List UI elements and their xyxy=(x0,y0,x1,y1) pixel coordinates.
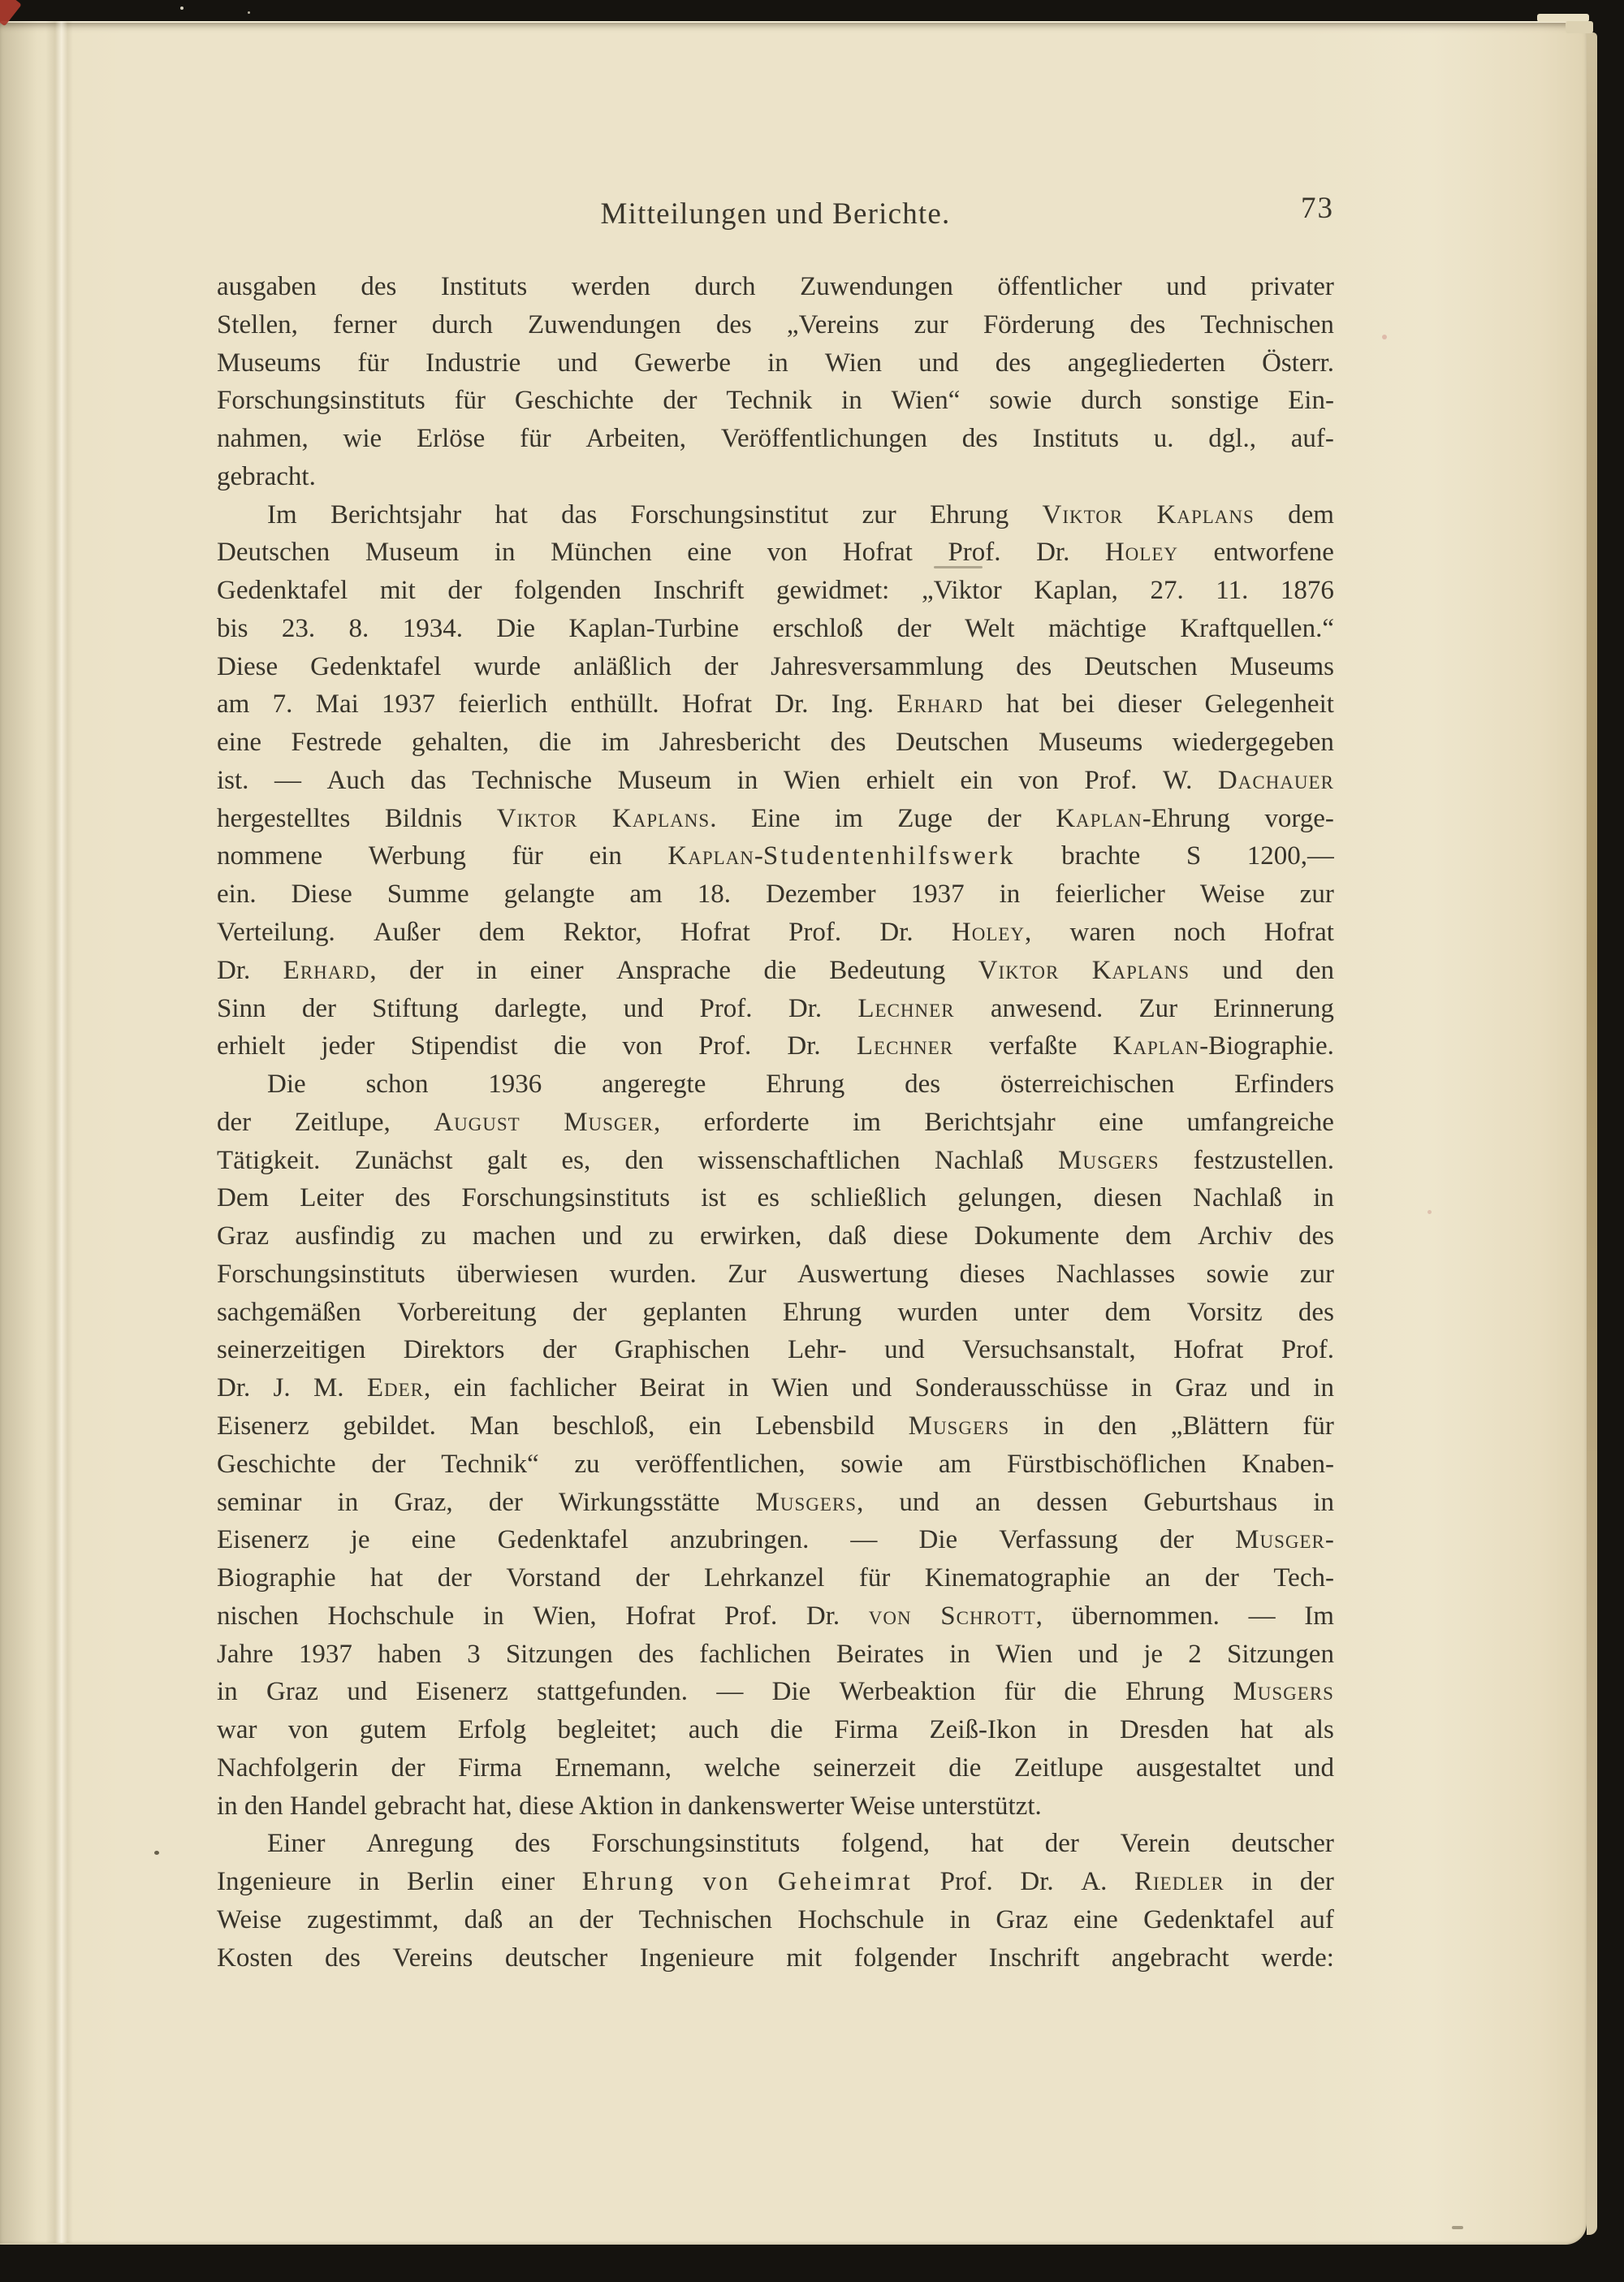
page-number: 73 xyxy=(1301,189,1334,228)
word: Jahre xyxy=(217,1636,274,1674)
word: Musgers xyxy=(1058,1142,1160,1180)
text-line: in den Handel gebracht hat, diese Aktion… xyxy=(217,1787,1334,1826)
word: Dr. xyxy=(1020,1863,1053,1901)
word: in xyxy=(1000,875,1021,914)
word: die xyxy=(554,1027,586,1065)
word: Dr. xyxy=(1036,534,1069,572)
word: in xyxy=(217,1673,238,1711)
word: 1934. xyxy=(403,610,463,648)
word: Knaben- xyxy=(1242,1446,1334,1484)
word: erforderte xyxy=(704,1104,810,1142)
word: Technik“ xyxy=(441,1446,538,1484)
word: schon xyxy=(365,1065,428,1104)
word: sonstige xyxy=(1171,382,1259,420)
word: der xyxy=(1300,1863,1334,1901)
word: für xyxy=(455,382,486,420)
word: 1200,— xyxy=(1247,837,1334,875)
word: Beirates xyxy=(836,1636,924,1674)
text-line: Forschungsinstitutsüberwiesenwurden.ZurA… xyxy=(217,1256,1334,1294)
word: wurde xyxy=(473,648,540,686)
word: Forschungsinstituts xyxy=(217,1256,425,1294)
word: Prof. xyxy=(1084,762,1137,800)
word: Zeitlupe xyxy=(1014,1749,1104,1787)
word: einer xyxy=(501,1863,555,1901)
word: Stellen, xyxy=(217,306,298,344)
word: und xyxy=(852,1369,892,1407)
word: Musger- xyxy=(1235,1521,1334,1559)
word: Direktors xyxy=(404,1331,505,1369)
word: den xyxy=(624,1142,663,1180)
word: mit xyxy=(786,1939,822,1977)
word: Graz xyxy=(1175,1369,1227,1407)
word: in xyxy=(1313,1369,1334,1407)
word: je xyxy=(351,1521,370,1559)
word: Zur xyxy=(1138,990,1177,1028)
word: Zunächst xyxy=(355,1142,453,1180)
word: der xyxy=(635,1559,669,1597)
word: gehalten, xyxy=(412,724,509,762)
word: wurden. xyxy=(610,1256,697,1294)
word: an xyxy=(975,1484,1000,1522)
text-line: sachgemäßenVorbereitungdergeplantenEhrun… xyxy=(217,1294,1334,1332)
word: Graz xyxy=(996,1901,1047,1939)
word: Holey, xyxy=(952,914,1031,952)
word: Zur xyxy=(728,1256,767,1294)
word: Deutschen xyxy=(217,534,330,572)
text-segment: gebracht. xyxy=(217,462,316,491)
word: Wien xyxy=(825,344,882,382)
word: deutscher xyxy=(1231,1825,1333,1863)
text-line: DieseGedenktafelwurdeanläßlichderJahresv… xyxy=(217,648,1334,686)
word: Prof. xyxy=(699,990,752,1028)
word: Diese xyxy=(292,875,352,914)
word: umfangreiche xyxy=(1187,1104,1334,1142)
word: Ingenieure xyxy=(217,1863,331,1901)
word: von xyxy=(288,1711,329,1749)
word: anläßlich xyxy=(573,648,672,686)
word: in xyxy=(1313,1484,1334,1522)
word: angebracht xyxy=(1112,1939,1229,1977)
word: Dresden xyxy=(1120,1711,1209,1749)
word: die xyxy=(1064,1673,1096,1711)
word: für xyxy=(520,420,551,458)
word: Nachlaß xyxy=(935,1142,1024,1180)
word: Prof. xyxy=(948,534,1000,572)
word: und xyxy=(918,344,959,382)
word: in xyxy=(841,382,862,420)
page-stack-edge xyxy=(1566,21,1593,33)
word: Ein- xyxy=(1288,382,1334,420)
word: Geschichte xyxy=(217,1446,336,1484)
word: und xyxy=(347,1673,387,1711)
word: Vereins xyxy=(392,1939,473,1977)
word: feierlich xyxy=(458,685,547,724)
word: — xyxy=(716,1673,743,1711)
word: erwirken, xyxy=(700,1217,802,1256)
word: Nachlasses xyxy=(1056,1256,1176,1294)
word: schließlich xyxy=(810,1179,926,1217)
word: Instituts xyxy=(1033,420,1119,458)
word: in xyxy=(477,952,498,990)
word: unter xyxy=(1014,1294,1069,1332)
word: Viktor xyxy=(978,952,1060,990)
word: ausgaben xyxy=(217,268,317,306)
word: Kinematographie xyxy=(925,1559,1111,1597)
word: die xyxy=(770,1711,802,1749)
word: Erfolg xyxy=(458,1711,526,1749)
word: dem xyxy=(479,914,525,952)
word: des xyxy=(716,306,752,344)
word: fachlichen xyxy=(699,1636,810,1674)
word: gebildet. xyxy=(343,1407,436,1446)
word: Deutschen xyxy=(896,724,1009,762)
word: dem xyxy=(1125,1217,1172,1256)
word: je xyxy=(1143,1636,1163,1674)
word: „Blättern xyxy=(1171,1407,1269,1446)
word: für xyxy=(357,344,388,382)
word: Lehr- xyxy=(788,1331,847,1369)
word: Hofrat xyxy=(625,1597,695,1636)
word: eine xyxy=(1099,1104,1143,1142)
word: zur xyxy=(1300,875,1334,914)
word: Ehrung xyxy=(930,496,1009,534)
word: Dr. xyxy=(787,1027,820,1065)
word: Berichtsjahr xyxy=(330,496,461,534)
word: der xyxy=(489,1484,523,1522)
word: u. xyxy=(1154,420,1174,458)
word: der xyxy=(987,800,1021,838)
word: in xyxy=(338,1484,359,1522)
word: des xyxy=(638,1636,674,1674)
text-line: Stellen,fernerdurchZuwendungendes„Verein… xyxy=(217,306,1334,344)
word: Hofrat xyxy=(682,685,752,724)
word: Gedenktafel xyxy=(498,1521,628,1559)
word: Viktor xyxy=(497,800,578,838)
word: es, xyxy=(562,1142,591,1180)
word: Gedenktafel xyxy=(1143,1901,1274,1939)
word: und xyxy=(1078,1636,1118,1674)
word: Diese xyxy=(217,648,278,686)
word: Zeitlupe, xyxy=(295,1104,391,1142)
word: sachgemäßen xyxy=(217,1294,361,1332)
word: im xyxy=(835,800,863,838)
word: sowie xyxy=(1207,1256,1269,1294)
word: waren xyxy=(1070,914,1136,952)
text-line: erhieltjederStipendistdievonProf.Dr.Lech… xyxy=(217,1027,1334,1065)
word: mit xyxy=(380,572,416,610)
word: Verteilung. xyxy=(217,914,335,952)
word: Die xyxy=(772,1673,811,1711)
word: Museums xyxy=(1039,724,1142,762)
text-line: BiographiehatderVorstandderLehrkanzelfür… xyxy=(217,1559,1334,1597)
word: das xyxy=(411,762,447,800)
word: Eine xyxy=(751,800,800,838)
word: Bedeutung xyxy=(829,952,945,990)
word: Weise xyxy=(1200,875,1265,914)
text-line: Eisenerzgebildet.Manbeschloß,einLebensbi… xyxy=(217,1407,1334,1446)
word: im xyxy=(601,724,629,762)
word: dieser xyxy=(1117,685,1181,724)
word: „Viktor xyxy=(922,572,1002,610)
word: Die xyxy=(496,610,535,648)
word: Kraftquellen.“ xyxy=(1180,610,1334,648)
word: 27. xyxy=(1150,572,1183,610)
text-line: Jahre1937haben3SitzungendesfachlichenBei… xyxy=(217,1636,1334,1674)
word: Veröffentlichungen xyxy=(721,420,927,458)
word: und xyxy=(624,990,664,1028)
text-line: Tätigkeit.Zunächstgaltes,denwissenschaft… xyxy=(217,1142,1334,1180)
word: Ansprache xyxy=(616,952,731,990)
word: Leiter xyxy=(300,1179,364,1217)
word: in xyxy=(949,1636,970,1674)
word: Ingenieure xyxy=(640,1939,754,1977)
word: deutscher xyxy=(505,1939,607,1977)
word: zu xyxy=(574,1446,599,1484)
word: Lehrkanzel xyxy=(704,1559,824,1597)
text-line: Dr.Erhard,derineinerAnsprachedieBedeutun… xyxy=(217,952,1334,990)
word: Holey xyxy=(1105,534,1178,572)
ink-artifact xyxy=(1452,2226,1463,2229)
word: Hofrat xyxy=(1173,1331,1243,1369)
word: nommene xyxy=(217,837,322,875)
word: galt xyxy=(487,1142,527,1180)
word: anzubringen. xyxy=(670,1521,809,1559)
text-line: gebracht. xyxy=(217,458,1334,496)
word: Berichtsjahr xyxy=(924,1104,1055,1142)
word: Prof. xyxy=(1281,1331,1334,1369)
word: ausfindig xyxy=(295,1217,395,1256)
word: Prof. xyxy=(940,1863,993,1901)
word: werde: xyxy=(1261,1939,1334,1977)
word: Musgers xyxy=(909,1407,1010,1446)
text-line: eineFestredegehalten,dieimJahresberichtd… xyxy=(217,724,1334,762)
word: Erhard, xyxy=(283,952,377,990)
word: in xyxy=(728,1369,749,1407)
word: Ernemann, xyxy=(555,1749,672,1787)
word: Dr. xyxy=(788,990,822,1028)
word: Einer xyxy=(267,1825,325,1863)
word: Museum xyxy=(618,762,712,800)
word: Im xyxy=(267,496,297,534)
word: A. xyxy=(1081,1863,1107,1901)
word: Wirkungsstätte xyxy=(559,1484,719,1522)
word: die xyxy=(538,724,571,762)
word: Inschrift xyxy=(989,1939,1080,1977)
word: hat xyxy=(971,1825,1004,1863)
text-line: Dieschon1936angeregteEhrungdesösterreich… xyxy=(217,1065,1334,1104)
word: des xyxy=(1129,306,1165,344)
word: fachlicher xyxy=(509,1369,616,1407)
word: Vorbereitung xyxy=(397,1294,537,1332)
word: von xyxy=(869,1597,912,1636)
word: Dr. xyxy=(775,685,808,724)
word: Sitzungen xyxy=(506,1636,613,1674)
word: Werbeaktion xyxy=(840,1673,976,1711)
word: Werbung xyxy=(369,837,466,875)
word: Nachlaß xyxy=(1193,1179,1282,1217)
text-line: ausgabendesInstitutswerdendurchZuwendung… xyxy=(217,268,1334,306)
word: Hochschule xyxy=(797,1901,924,1939)
word: jeder xyxy=(322,1027,375,1065)
word: Forschungsinstituts xyxy=(592,1825,801,1863)
word: 1937 xyxy=(911,875,965,914)
word: Nachfolgerin xyxy=(217,1749,358,1787)
word: Ehrung xyxy=(766,1065,844,1104)
word: Graz, xyxy=(394,1484,452,1522)
word: diesen xyxy=(1094,1179,1162,1217)
word: auch xyxy=(689,1711,739,1749)
text-line: ein.DieseSummegelangteam18.Dezember1937i… xyxy=(217,875,1334,914)
word: Bildnis xyxy=(385,800,462,838)
word: Dr. xyxy=(879,914,913,952)
word: S xyxy=(1186,837,1201,875)
word: Industrie xyxy=(425,344,520,382)
text-line: Grazausfindigzumachenundzuerwirken,daßdi… xyxy=(217,1217,1334,1256)
word: und xyxy=(1166,268,1207,306)
word: Firma xyxy=(458,1749,522,1787)
word: angegliederten xyxy=(1068,344,1225,382)
text-segment: in den Handel gebracht hat, diese Aktion… xyxy=(217,1791,1042,1821)
word: Auswertung xyxy=(797,1256,928,1294)
word: der xyxy=(572,1294,607,1332)
word: des xyxy=(361,268,396,306)
word: darlegte, xyxy=(495,990,588,1028)
word: war xyxy=(217,1711,257,1749)
word: Hochschule xyxy=(327,1597,454,1636)
word: gelungen, xyxy=(957,1179,1062,1217)
word: der xyxy=(302,990,336,1028)
word: Fürstbischöflichen xyxy=(1007,1446,1207,1484)
word: Anregung xyxy=(366,1825,473,1863)
word: wiedergegeben xyxy=(1173,724,1334,762)
word: Man xyxy=(470,1407,520,1446)
word: Die xyxy=(918,1521,957,1559)
text-line: ist.—AuchdasTechnischeMuseuminWienerhiel… xyxy=(217,762,1334,800)
word: in xyxy=(1043,1407,1065,1446)
word: und xyxy=(1222,952,1263,990)
word: des xyxy=(996,344,1031,382)
word: bei xyxy=(1062,685,1095,724)
word: Deutschen xyxy=(1084,648,1197,686)
word: in xyxy=(495,534,516,572)
word: und xyxy=(884,1331,925,1369)
word: folgend, xyxy=(841,1825,930,1863)
word: der xyxy=(897,610,931,648)
text-line: inGrazundEisenerzstattgefunden.—DieWerbe… xyxy=(217,1673,1334,1711)
word: Hofrat xyxy=(843,534,913,572)
word: von xyxy=(767,534,808,572)
word: Eisenerz xyxy=(416,1673,508,1711)
word: hat xyxy=(495,496,528,534)
word: dem xyxy=(1288,496,1334,534)
word: Technische xyxy=(472,762,592,800)
word: 3 xyxy=(467,1636,481,1674)
word: Erinnerung xyxy=(1213,990,1333,1028)
word: Technischen xyxy=(639,1901,772,1939)
word: Kaplan-Studentenhilfswerk xyxy=(667,837,1015,875)
word: seinerzeitigen xyxy=(217,1331,365,1369)
word: Tätigkeit. xyxy=(217,1142,320,1180)
word: Festrede xyxy=(292,724,382,762)
word: haben xyxy=(378,1636,442,1674)
word: wissenschaftlichen xyxy=(698,1142,900,1180)
word: Zuwendungen xyxy=(800,268,953,306)
text-line: DeutschenMuseuminMüncheneinevonHofratPro… xyxy=(217,534,1334,572)
word: daß xyxy=(464,1901,503,1939)
word: Zuwendungen xyxy=(528,306,681,344)
word: Dem xyxy=(217,1179,269,1217)
word: Riedler xyxy=(1134,1863,1224,1901)
word: erhielt xyxy=(217,1027,285,1065)
word: den xyxy=(1295,952,1334,990)
word: Kaplan-Turbine xyxy=(568,610,739,648)
word: Weise xyxy=(217,1901,282,1939)
word: des xyxy=(325,1939,361,1977)
word: veröffentlichen, xyxy=(635,1446,805,1484)
word: des xyxy=(515,1825,551,1863)
word: Wien xyxy=(996,1636,1052,1674)
word: geplanten xyxy=(642,1294,746,1332)
text-line: GeschichtederTechnik“zuveröffentlichen,s… xyxy=(217,1446,1334,1484)
text-line: warvongutemErfolgbegleitet;auchdieFirmaZ… xyxy=(217,1711,1334,1749)
word: Hofrat xyxy=(1264,914,1334,952)
word: Ehrung xyxy=(1125,1673,1204,1711)
word: Zuge xyxy=(897,800,952,838)
word: am xyxy=(939,1446,971,1484)
word: machen xyxy=(473,1217,556,1256)
word: stattgefunden. xyxy=(537,1673,688,1711)
word: sowie xyxy=(840,1446,903,1484)
word: ferner xyxy=(333,306,397,344)
word: verfaßte xyxy=(989,1027,1077,1065)
word: 11. xyxy=(1216,572,1248,610)
word: und xyxy=(557,344,598,382)
paper-speck xyxy=(1427,1210,1432,1214)
text-block: ausgabendesInstitutswerdendurchZuwendung… xyxy=(217,268,1334,1977)
gutter-crease xyxy=(45,21,73,2243)
word: gewidmet: xyxy=(776,572,889,610)
word: Musger, xyxy=(564,1104,660,1142)
word: Graz xyxy=(266,1673,318,1711)
word: Wien, xyxy=(533,1597,596,1636)
word: Graz xyxy=(217,1217,269,1256)
paper-speck xyxy=(1382,335,1387,339)
word: ein xyxy=(454,1369,486,1407)
word: in xyxy=(767,344,788,382)
text-line: SinnderStiftungdarlegte,undProf.Dr.Lechn… xyxy=(217,990,1334,1028)
word: Schrott, xyxy=(940,1597,1043,1636)
word: für xyxy=(1302,1407,1333,1446)
word: Wien xyxy=(784,762,840,800)
word: Viktor xyxy=(1043,496,1124,534)
word: ein xyxy=(689,1407,721,1446)
word: an xyxy=(529,1901,554,1939)
word: Gewerbe xyxy=(634,344,731,382)
word: 23. xyxy=(282,610,315,648)
word: der xyxy=(438,1559,472,1597)
word: Forschungsinstituts xyxy=(217,382,425,420)
word: Prof. xyxy=(788,914,841,952)
word: feierlicher xyxy=(1055,875,1165,914)
word: Arbeiten, xyxy=(585,420,686,458)
word: und xyxy=(582,1217,623,1256)
text-line: Weisezugestimmt,daßanderTechnischenHochs… xyxy=(217,1901,1334,1939)
word: 1937 xyxy=(382,685,435,724)
word: Verein xyxy=(1121,1825,1190,1863)
word: Vorstand xyxy=(506,1559,601,1597)
word: dgl., xyxy=(1208,420,1256,458)
word: für xyxy=(859,1559,890,1597)
